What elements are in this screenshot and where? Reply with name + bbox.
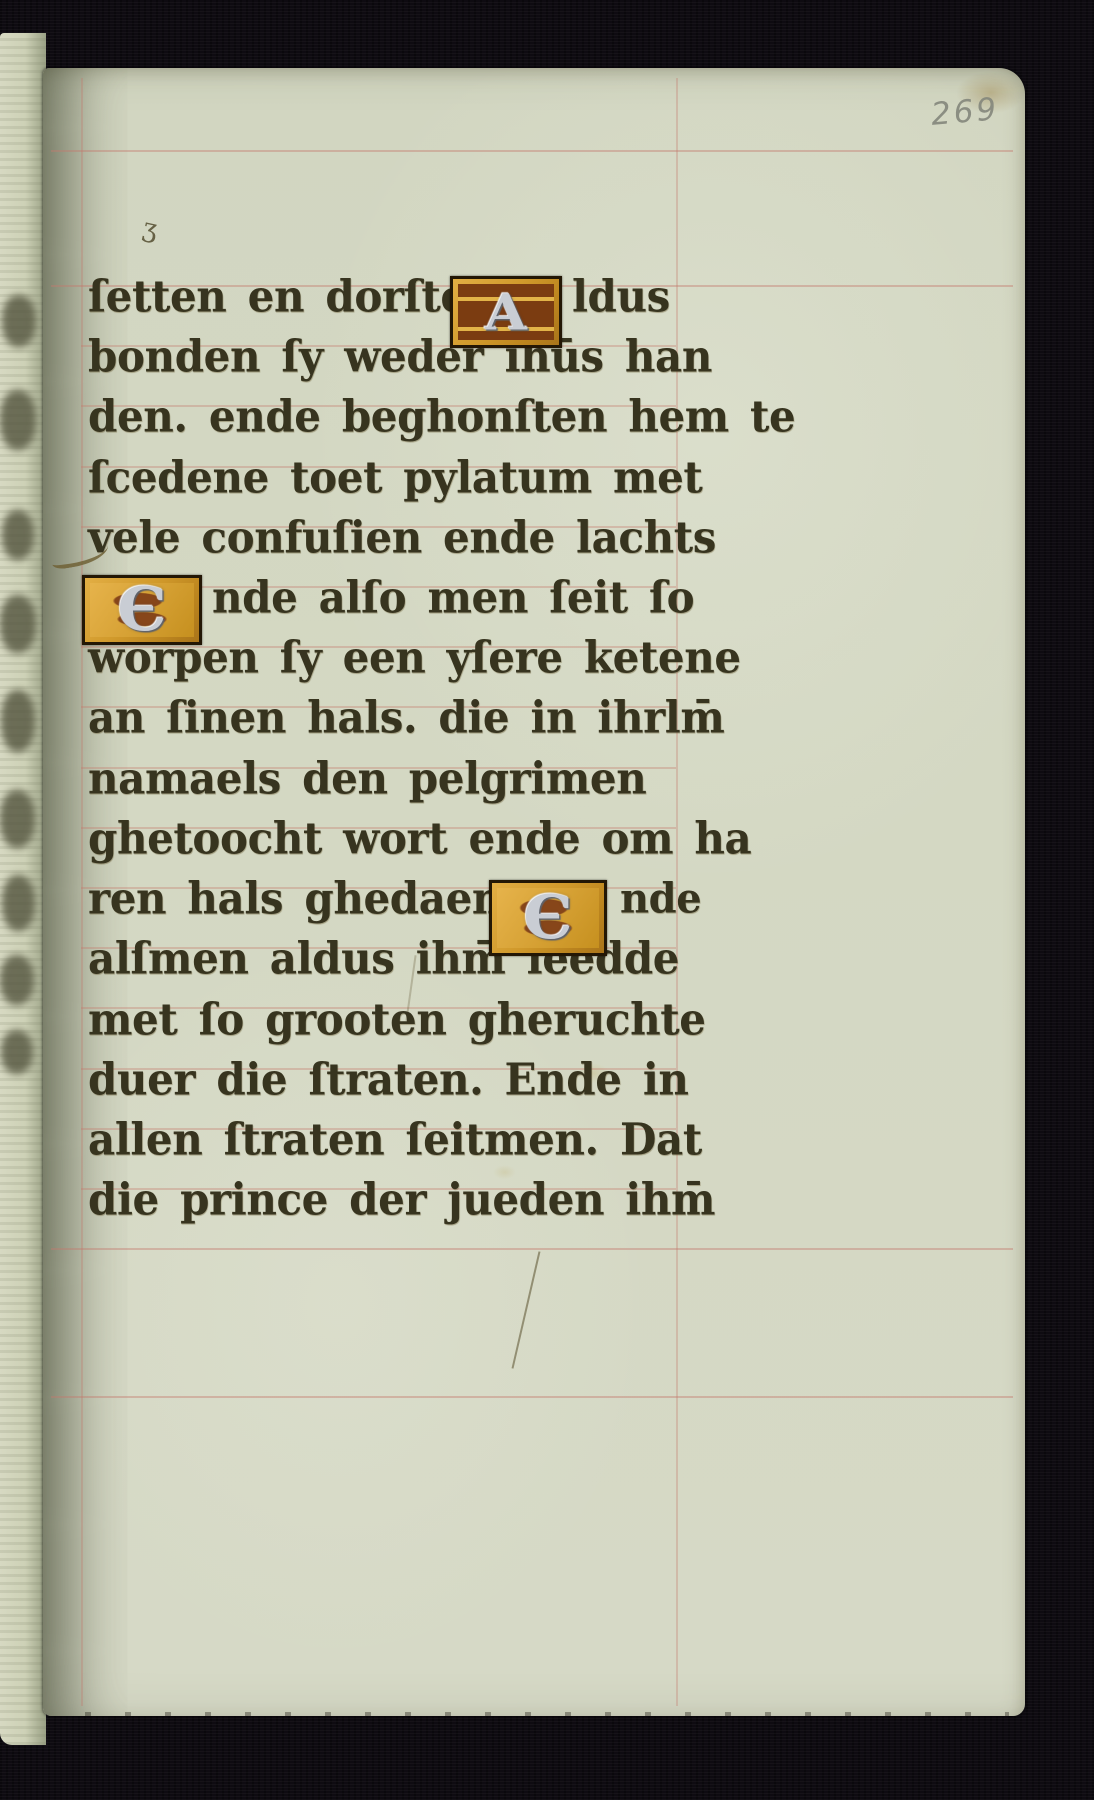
showthrough-text-smudge: [0, 390, 36, 450]
text-line-14: duer die ſtraten. Ende in: [88, 1047, 689, 1114]
illuminated-initial-a: A: [450, 276, 562, 348]
line-text: vele confuſien ende lachts: [88, 512, 716, 563]
illuminated-initial-e1: Є: [82, 575, 202, 645]
text-line-2: bonden ſy weder ihūs han: [88, 324, 712, 391]
line-text: ſetten en dorſten.: [88, 271, 511, 322]
line-text: ghetoocht wort ende om ha: [88, 813, 751, 864]
text-line-6: nde alſo men ſeit ſo: [212, 565, 694, 632]
line-text: met ſo grooten gheruchte: [88, 994, 706, 1045]
showthrough-text-smudge: [0, 595, 36, 653]
line-text: nde alſo men ſeit ſo: [212, 572, 694, 623]
line-text: ren hals ghedaen.: [88, 873, 516, 924]
text-line-11: ren hals ghedaen.: [88, 866, 516, 933]
showthrough-text-smudge: [0, 955, 34, 1005]
initial-ground: A: [458, 284, 554, 340]
showthrough-text-smudge: [1, 690, 35, 752]
photo-background: { "manuscript": { "folio_number": "269",…: [0, 0, 1094, 1800]
initial-ground: Є: [497, 888, 599, 948]
text-line-1-continuation: ldus: [572, 264, 670, 331]
descender-hairline: [512, 1251, 541, 1368]
text-line-15: allen ſtraten ſeitmen. Dat: [88, 1107, 702, 1174]
text-line-1: ſetten en dorſten.: [88, 264, 511, 331]
text-line-9: namaels den pelgrimen: [88, 746, 646, 813]
text-line-8: an ſinen hals. die in ihrlm̄: [88, 685, 724, 752]
book-block-edge: [0, 33, 46, 1745]
illuminated-initial-e2: Є: [489, 880, 607, 956]
showthrough-text-smudge: [1, 1030, 33, 1074]
initial-letter: A: [485, 287, 527, 337]
line-text: an ſinen hals. die in ihrlm̄: [88, 692, 724, 743]
showthrough-text-smudge: [2, 875, 35, 931]
showthrough-text-smudge: [2, 295, 36, 347]
text-line-3: den. ende beghonſten hem te: [88, 384, 795, 451]
folio-number: 269: [930, 91, 1001, 133]
line-text: nde: [620, 874, 701, 923]
ruling-line-horizontal: [51, 1396, 1013, 1398]
line-text: namaels den pelgrimen: [88, 753, 646, 804]
ruling-line-horizontal: [51, 1248, 1013, 1250]
text-line-13: met ſo grooten gheruchte: [88, 987, 706, 1054]
ruling-line-vertical: [81, 78, 83, 1706]
text-line-11-continuation: nde: [620, 866, 701, 933]
initial-letter: Є: [523, 888, 572, 948]
text-line-16: die prince der jueden ihm̄: [88, 1167, 715, 1234]
text-line-5: vele confuſien ende lachts: [88, 505, 716, 572]
deckle-edge-texture: [51, 1712, 1009, 1716]
line-text: den. ende beghonſten hem te: [88, 391, 795, 442]
line-text: allen ſtraten ſeitmen. Dat: [88, 1114, 702, 1165]
ruling-line-horizontal: [51, 150, 1013, 152]
initial-ground: Є: [90, 583, 194, 637]
pen-flourish-mark: ʒ: [140, 213, 161, 245]
line-text: bonden ſy weder ihūs han: [88, 331, 712, 382]
line-text: ſcedene toet pylatum met: [88, 452, 702, 503]
initial-letter: Є: [117, 583, 166, 637]
text-line-10: ghetoocht wort ende om ha: [88, 806, 751, 873]
line-text: duer die ſtraten. Ende in: [88, 1054, 689, 1105]
manuscript-page: 269 ʒ ſetten en dorſten. ldus bonden ſy …: [43, 68, 1025, 1716]
text-line-4: ſcedene toet pylatum met: [88, 445, 702, 512]
showthrough-text-smudge: [2, 510, 34, 560]
line-text: die prince der jueden ihm̄: [88, 1174, 715, 1225]
line-text: ldus: [572, 271, 670, 322]
showthrough-text-smudge: [0, 790, 35, 848]
